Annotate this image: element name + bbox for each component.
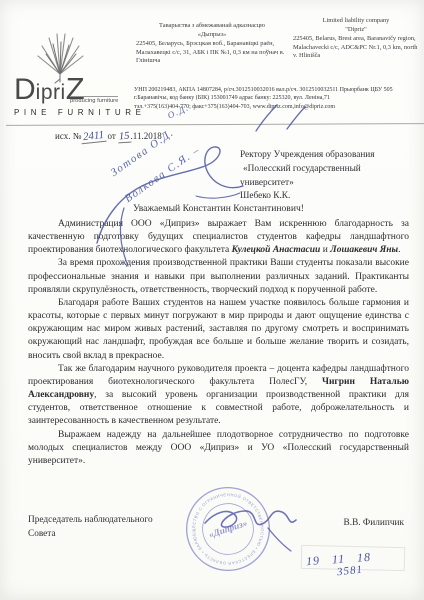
company-name-en-line2: "Dipriz" <box>293 26 419 35</box>
addressee-line3: университет» <box>240 177 415 191</box>
handwritten-number-bottom: 3581 <box>336 564 363 579</box>
addressee-line2: «Полесский государственный <box>243 163 415 177</box>
bank-details-line1: УНП 200219483, АКПА 14807284, р/сч.30125… <box>134 86 422 94</box>
ref-number-handwritten: 2411 <box>81 129 107 145</box>
paragraph-2: За время прохождения производственной пр… <box>28 257 409 296</box>
p3-text: Благодаря работе Ваших студентов на наше… <box>28 298 409 361</box>
ref-prefix: исх. № <box>55 131 81 141</box>
ref-ot: от <box>107 131 118 141</box>
paragraph-5: Выражаем надежду на дальнейшее плодотвор… <box>28 429 409 468</box>
bank-details-line2: г.Баранавічы, код банку (БІК) 153001749 … <box>134 94 422 102</box>
company-name-en-line1: Limited liability company <box>293 17 419 26</box>
addressee-block: Ректору Учреждения образования «Полесски… <box>240 149 415 204</box>
logo-subtitle: PINE FURNITURE <box>14 108 146 117</box>
logo-letter-d: D <box>14 73 36 106</box>
company-info-english: Limited liability company "Dipriz" 22540… <box>293 17 419 61</box>
company-round-stamp: ОБЩЕСТВО С ОГРАНИЧЕННОЙ ОТВЕТСТВЕННОСТЬЮ… <box>181 482 275 576</box>
salutation: Уважаемый Константин Константинович! <box>28 203 409 214</box>
p5-text: Выражаем надежду на дальнейшее плодотвор… <box>28 430 409 466</box>
letter-body: Администрация ООО «Диприз» выражает Вам … <box>28 218 409 468</box>
company-address-en: 225405, Belarus, Brest area, Baranavičy … <box>293 35 419 61</box>
outgoing-reference-line: исх. №2411от 15.11.2018 <box>55 130 162 143</box>
logo-letters-ipri: ipri <box>36 81 66 104</box>
company-name-be-line1: Таварыства з абмежаванай адказнасцю <box>136 22 288 31</box>
signer-title-line2: Совета <box>28 527 153 541</box>
signer-title: Председатель наблюдательного Совета <box>28 513 153 541</box>
stamp-center-text: «Диприз» <box>208 519 249 541</box>
student-name-2: Лошакевич Яны <box>330 245 398 255</box>
p2-text: За время прохождения производственной пр… <box>28 258 409 294</box>
student-name-1: Кулецкой Анастасии <box>232 245 321 255</box>
company-info-belarusian: Таварыства з абмежаванай адказнасцю «Дып… <box>136 22 288 66</box>
p1-period: . <box>398 245 400 255</box>
company-address-be: 225405, Беларусь, Брэсцкая воб., Баранав… <box>136 40 288 66</box>
paragraph-1: Администрация ООО «Диприз» выражает Вам … <box>28 218 409 257</box>
scanned-letter-page: DipriZ producing furniture PINE FURNITUR… <box>0 0 424 600</box>
header-divider <box>6 123 424 126</box>
p1-conjunction: и <box>320 245 330 255</box>
addressee-line1: Ректору Учреждения образования <box>240 149 415 163</box>
paragraph-3: Благодаря работе Ваших студентов на наше… <box>28 297 409 363</box>
company-name-be-line2: «Дыпрыз» <box>136 31 288 40</box>
logo-tagline: producing furniture <box>70 96 118 104</box>
ref-day-handwritten: 15 <box>118 131 131 144</box>
signer-name: В.В. Филипчик <box>344 518 404 528</box>
signer-title-line1: Председатель наблюдательного <box>28 513 153 527</box>
paragraph-4: Так же благодарим научного руководителя … <box>28 363 409 429</box>
